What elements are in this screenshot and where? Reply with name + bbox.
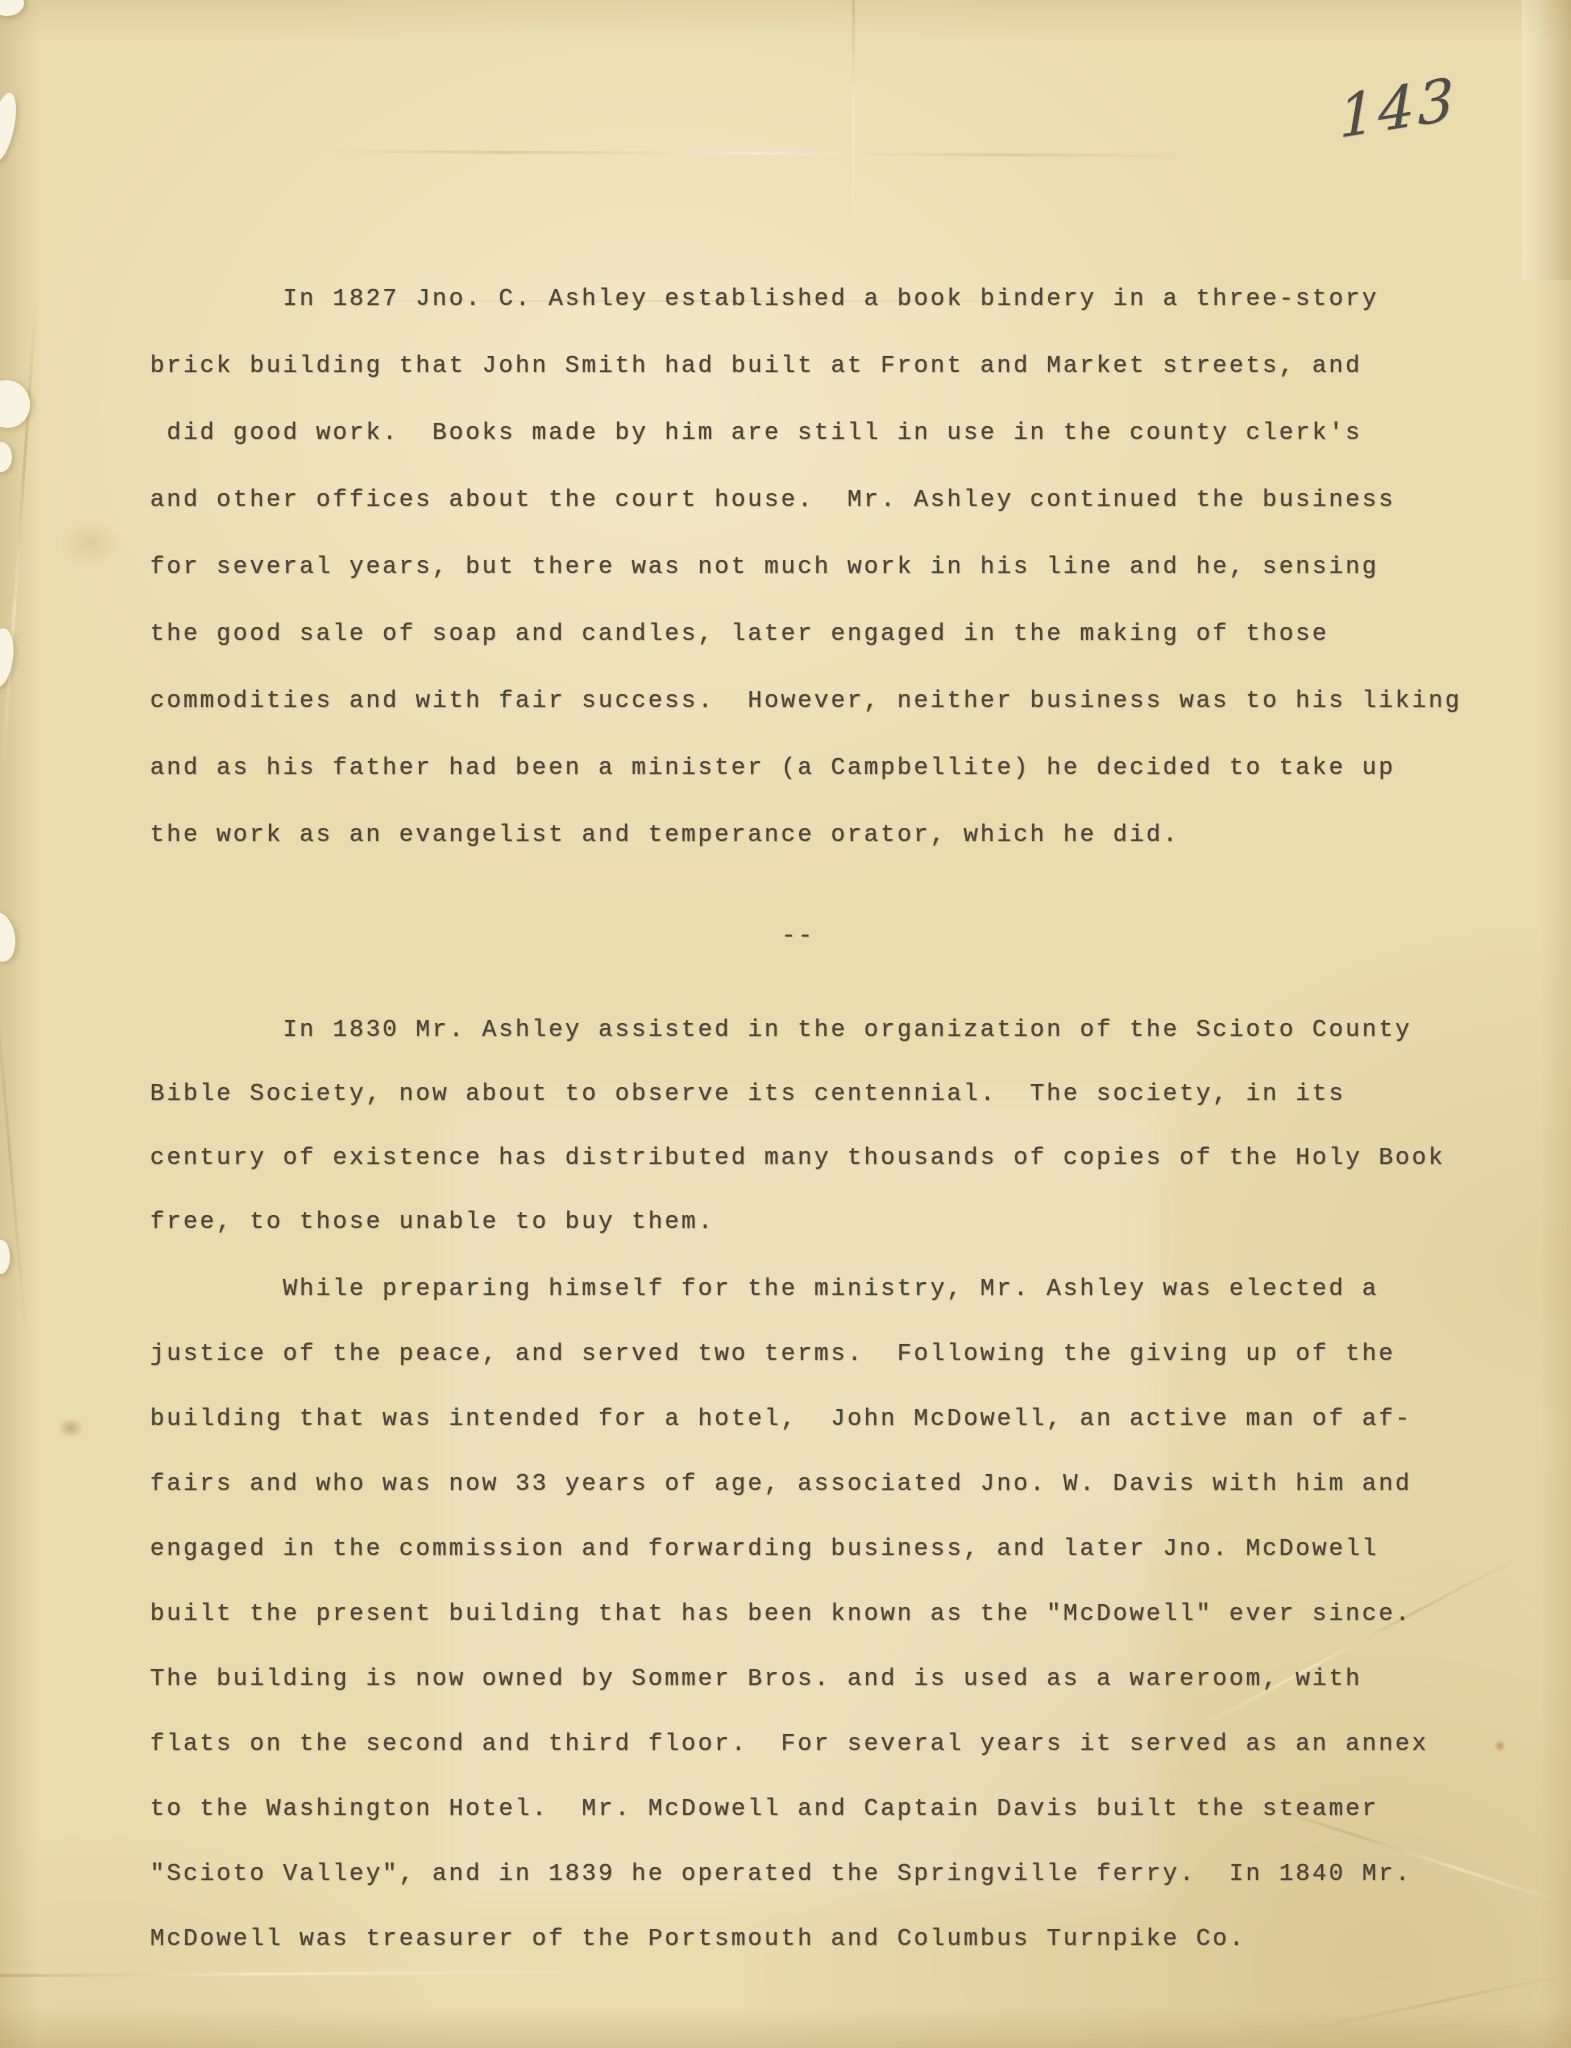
- paper-tear: [0, 442, 12, 472]
- typewritten-line: building that was intended for a hotel, …: [150, 1387, 1428, 1452]
- page-number-handwritten: 143: [1338, 64, 1457, 151]
- paper-tear: [0, 910, 19, 964]
- typewritten-line: the work as an evangelist and temperance…: [150, 802, 1462, 869]
- typewritten-line: The building is now owned by Sommer Bros…: [150, 1647, 1428, 1712]
- typewritten-line: engaged in the commission and forwarding…: [150, 1517, 1428, 1582]
- paper-crease: [0, 961, 28, 1340]
- section-separator: --: [150, 903, 1446, 970]
- typewritten-line: brick building that John Smith had built…: [150, 333, 1462, 400]
- paper-crease: [2, 300, 38, 769]
- paper-stain: [60, 520, 120, 566]
- typewritten-line: While preparing himself for the ministry…: [150, 1257, 1428, 1322]
- typewritten-line: to the Washington Hotel. Mr. McDowell an…: [150, 1777, 1428, 1842]
- typewritten-line: and as his father had been a minister (a…: [150, 735, 1462, 802]
- paper-crease: [330, 150, 1180, 157]
- typewritten-line: Bible Society, now about to observe its …: [150, 1063, 1445, 1127]
- typewritten-line: fairs and who was now 33 years of age, a…: [150, 1452, 1428, 1517]
- paper-page: 143 In 1827 Jno. C. Ashley established a…: [0, 0, 1571, 2048]
- paragraph-3: While preparing himself for the ministry…: [150, 1257, 1428, 1972]
- paper-stain: [58, 1418, 84, 1438]
- paper-tear: [0, 1240, 10, 1274]
- typewritten-line: did good work. Books made by him are sti…: [150, 400, 1462, 467]
- typewritten-line: "Scioto Valley", and in 1839 he operated…: [150, 1842, 1428, 1907]
- paper-crease: [1303, 1971, 1571, 2032]
- typewritten-line: In 1830 Mr. Ashley assisted in the organ…: [150, 999, 1445, 1063]
- typewritten-line: for several years, but there was not muc…: [150, 534, 1462, 601]
- typewritten-line: justice of the peace, and served two ter…: [150, 1322, 1428, 1387]
- paper-tear: [0, 0, 24, 16]
- typewritten-line: In 1827 Jno. C. Ashley established a boo…: [150, 266, 1462, 333]
- paper-stain: [1494, 1740, 1506, 1752]
- typewritten-line: McDowell was treasurer of the Portsmouth…: [150, 1907, 1428, 1972]
- paragraph-1: In 1827 Jno. C. Ashley established a boo…: [150, 266, 1462, 869]
- paragraph-2: In 1830 Mr. Ashley assisted in the organ…: [150, 999, 1445, 1255]
- paper-crease: [852, 0, 855, 235]
- typewritten-line: free, to those unable to buy them.: [150, 1191, 1445, 1255]
- paper-tear: [0, 374, 36, 434]
- typewritten-line: commodities and with fair success. Howev…: [150, 668, 1462, 735]
- typewritten-line: century of existence has distributed man…: [150, 1127, 1445, 1191]
- paper-edge-fold: [1522, 0, 1571, 280]
- paper-tear: [0, 90, 21, 163]
- typewritten-line: and other offices about the court house.…: [150, 467, 1462, 534]
- typewritten-line: the good sale of soap and candles, later…: [150, 601, 1462, 668]
- paper-tear: [0, 626, 17, 689]
- typewritten-line: flats on the second and third floor. For…: [150, 1712, 1428, 1777]
- typewritten-line: built the present building that has been…: [150, 1582, 1428, 1647]
